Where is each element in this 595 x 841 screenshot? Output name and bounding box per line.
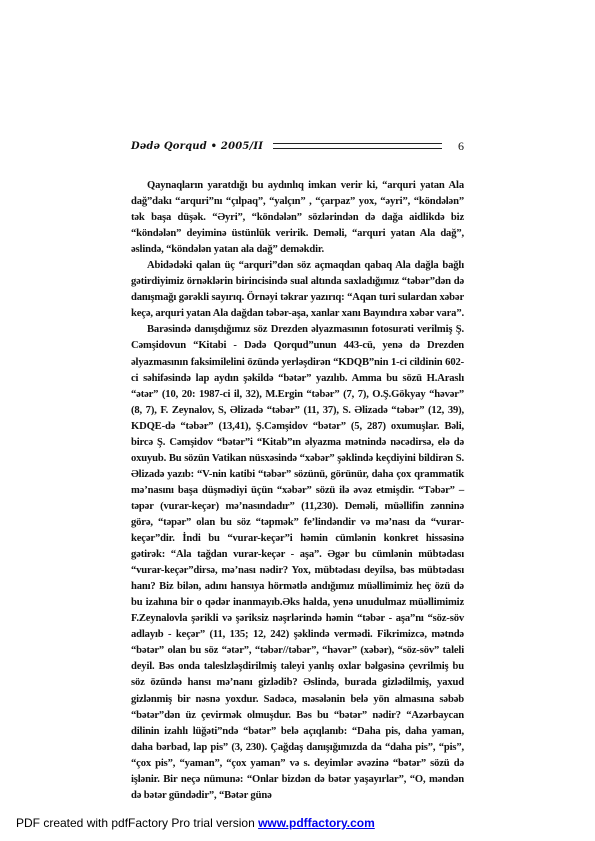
pdffactory-link[interactable]: www.pdffactory.com <box>258 816 375 830</box>
header-rule-divider <box>273 143 442 149</box>
paragraph: Abidədəki qalan üç “arquri”dən söz açmaq… <box>131 258 464 322</box>
page-number: 6 <box>456 139 464 154</box>
paragraph: Qaynaqların yaratdığı bu aydınlıq imkan … <box>131 178 464 258</box>
article-body: Qaynaqların yaratdığı bu aydınlıq imkan … <box>131 178 464 804</box>
journal-title: Dədə Qorqud • 2005/II <box>131 141 263 152</box>
footer-text: PDF created with pdfFactory Pro trial ve… <box>16 816 258 830</box>
running-header: Dədə Qorqud • 2005/II 6 <box>131 138 464 154</box>
pdf-footer: PDF created with pdfFactory Pro trial ve… <box>16 816 375 830</box>
paragraph: Barəsində danışdığımız söz Drezden əlyaz… <box>131 322 464 803</box>
